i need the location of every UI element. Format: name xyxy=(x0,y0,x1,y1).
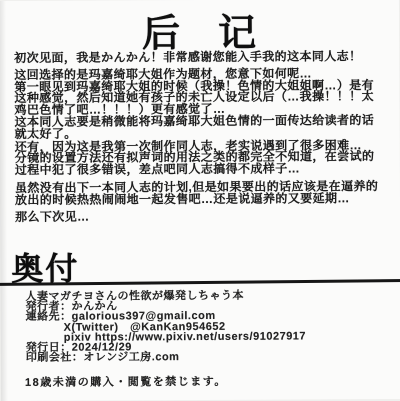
scanned-afterword-page: 后 记 初次见面，我是かんかん！非常感谢您能入手我的这本同人志！ 这回选择的是玛… xyxy=(0,0,400,400)
afterword-paragraph: 虽然没有出下一本同人志的计划,但是如果要出的话应该是在逼养的 放出的时候热热闹闹… xyxy=(15,181,396,207)
colophon-block: 人妻マガチヨさんの性欲が爆発しちゃう本 発行者：かんかん 連絡先：galorio… xyxy=(25,290,396,363)
printer-line: 印刷会社：オレンジ工房.com xyxy=(26,351,397,363)
text-line: 那么下次见… xyxy=(15,210,396,224)
text-line: 初次见面，我是かんかん！非常感谢您能入手我的这本同人志！ xyxy=(14,51,395,65)
afterword-body: 初次见面，我是かんかん！非常感谢您能入手我的这本同人志！ 这回选择的是玛嘉绮耶大… xyxy=(14,51,396,223)
afterword-paragraph: 初次见面，我是かんかん！非常感谢您能入手我的这本同人志！ xyxy=(14,51,395,65)
afterword-paragraph: 那么下次见… xyxy=(15,210,396,224)
age-restriction-notice: 18歳未満の購入・閲覧を禁じます。 xyxy=(25,373,227,390)
afterword-paragraph: 这回选择的是玛嘉绮耶大姐作为题材，您意下如何呢… 第一眼见到玛嘉绮耶大姐的时候（… xyxy=(14,68,395,141)
afterword-paragraph: 还有，因为这是我第一次制作同人志，老实说遇到了很多困难… 分镜的设置方法还有拟声… xyxy=(15,140,396,177)
text-line: 放出的时候热热闹闹地一起发售吧…还是说逼养的又要延期… xyxy=(15,193,396,207)
text-line: 过程中犯了很多错误，差点吧同人志搞得不成样子… xyxy=(15,163,396,177)
